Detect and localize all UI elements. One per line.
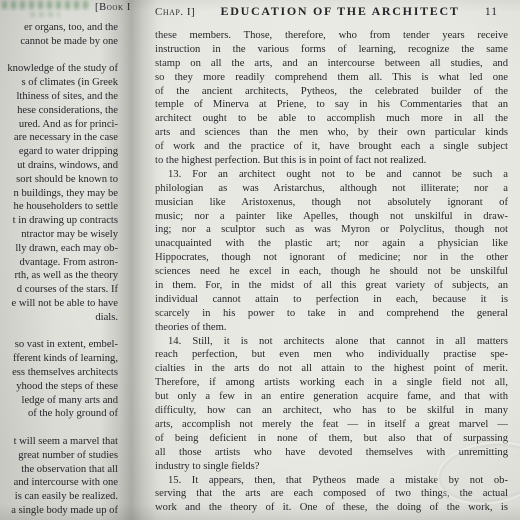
text-line: of the ancient architects, Pytheos, the …	[155, 85, 508, 99]
chapter-label: Chap. I]	[155, 6, 195, 18]
text-line: he householders to settle	[0, 200, 118, 214]
text-line: hese considerations, the	[0, 104, 118, 118]
text-line: dvantage. From astron-	[0, 256, 118, 270]
text-line: lthiness of sites, and the	[0, 90, 118, 104]
text-line: industry to single fields?	[155, 460, 508, 474]
text-line: individual cannot attain to perfection i…	[155, 293, 508, 307]
text-line: is can easily be realized.	[0, 490, 118, 504]
text-line: philologian as was Aristarchus, although…	[155, 182, 508, 196]
right-page: Chap. I] EDUCATION OF THE ARCHITECT 11 t…	[134, 0, 520, 520]
text-line: sort should be known to	[0, 173, 118, 187]
text-line: of being deficient in none of them, but …	[155, 432, 508, 446]
text-line: to the highest perfection. But this is i…	[155, 154, 508, 168]
text-line: of the holy ground of	[0, 407, 118, 421]
page-title: EDUCATION OF THE ARCHITECT	[221, 4, 460, 19]
text-line: Hippocrates, though not ignorant of medi…	[155, 251, 508, 265]
text-line: a single body made up of	[0, 504, 118, 518]
blank-line	[0, 421, 118, 435]
text-line: rth, as well as the theory	[0, 269, 118, 283]
text-line: 13. For an architect ought not to be and…	[155, 168, 508, 182]
text-line: e will not be able to have	[0, 297, 118, 311]
text-line: arts, accomplish not merely the feat — i…	[155, 418, 508, 432]
text-line: instruction in the various forms of lear…	[155, 43, 508, 57]
text-line: are necessary in the case	[0, 131, 118, 145]
text-line: s of climates (in Greek	[0, 76, 118, 90]
text-line: Therefore, if among artists working each…	[155, 376, 508, 390]
text-line: fferent kinds of learning,	[0, 352, 118, 366]
text-line: arts and sciences than the men who, by t…	[155, 126, 508, 140]
text-line: these members. Those, therefore, who fro…	[155, 29, 508, 43]
text-line: lly drawn, each may ob-	[0, 242, 118, 256]
text-line: ured. And as for princi-	[0, 118, 118, 132]
text-line: unacquainted with the plastic art; nor a…	[155, 237, 508, 251]
text-line: work and the theory of it. One of these,…	[155, 501, 508, 515]
text-line: ledge of many arts and	[0, 394, 118, 408]
text-line: yhood the steps of these	[0, 380, 118, 394]
text-line: all those artists who have devoted thems…	[155, 446, 508, 460]
blank-line	[0, 325, 118, 339]
left-page: [Book I er organs, too, and thecannot be…	[0, 0, 134, 520]
text-line: and intercourse with one	[0, 476, 118, 490]
ink-bleed-through-smudge	[30, 12, 60, 17]
text-line: n buildings, they may be	[0, 187, 118, 201]
text-line: scarcely in his power to take in and com…	[155, 307, 508, 321]
blank-line	[0, 49, 118, 63]
text-line: er organs, too, and the	[0, 21, 118, 35]
text-line: 14. Still, it is not architects alone th…	[155, 335, 508, 349]
ink-bleed-through-smudge	[2, 1, 88, 9]
text-line: ing; nor a sculptor such as was Myron or…	[155, 223, 508, 237]
text-line: architect ought to be able to accomplish…	[155, 112, 508, 126]
text-line: so vast in extent, embel-	[0, 338, 118, 352]
text-line: so they more readily comprehend them all…	[155, 71, 508, 85]
text-line: 15. It appears, then, that Pytheos made …	[155, 474, 508, 488]
text-line: music; nor a painter like Apelles, thoug…	[155, 210, 508, 224]
text-line: dials.	[0, 311, 118, 325]
text-line: ess themselves architects	[0, 366, 118, 380]
text-line: t in drawing up contracts	[0, 214, 118, 228]
text-line: stamp on all the arts, and an intercours…	[155, 57, 508, 71]
text-line: but only a few in an entire generation a…	[155, 390, 508, 404]
right-page-body: these members. Those, therefore, who fro…	[155, 29, 508, 515]
book-photo: [Book I er organs, too, and thecannot be…	[0, 0, 520, 520]
left-running-header: [Book I	[95, 2, 131, 13]
text-line: in them. For, in the midst of all this g…	[155, 279, 508, 293]
text-line: serving that the arts are each composed …	[155, 487, 508, 501]
text-line: d courses of the stars. If	[0, 283, 118, 297]
text-line: theories of them.	[155, 321, 508, 335]
page-number: 11	[485, 6, 508, 18]
text-line: sciences need he excel in each, though h…	[155, 265, 508, 279]
text-line: difficulty, how can an architect, who ha…	[155, 404, 508, 418]
text-line: egard to water dripping	[0, 145, 118, 159]
text-line: of work and the practice of it, have bro…	[155, 140, 508, 154]
text-line: great number of studies	[0, 449, 118, 463]
text-line: temple of Minerva at Priene, to say in h…	[155, 98, 508, 112]
text-line: ut drains, windows, and	[0, 159, 118, 173]
left-page-lines: er organs, too, and thecannot be made by…	[0, 21, 118, 518]
text-line: the observation that all	[0, 463, 118, 477]
text-line: musician like Aristoxenus, though not ab…	[155, 196, 508, 210]
text-line: cialties in the arts do not all attain t…	[155, 362, 508, 376]
text-line: t will seem a marvel that	[0, 435, 118, 449]
text-line: knowledge of the study of	[0, 62, 118, 76]
text-line: ntractor may be wisely	[0, 228, 118, 242]
text-line: reach perfection, but even men who indiv…	[155, 348, 508, 362]
right-running-header: Chap. I] EDUCATION OF THE ARCHITECT 11	[155, 4, 508, 19]
text-line: cannot be made by one	[0, 35, 118, 49]
